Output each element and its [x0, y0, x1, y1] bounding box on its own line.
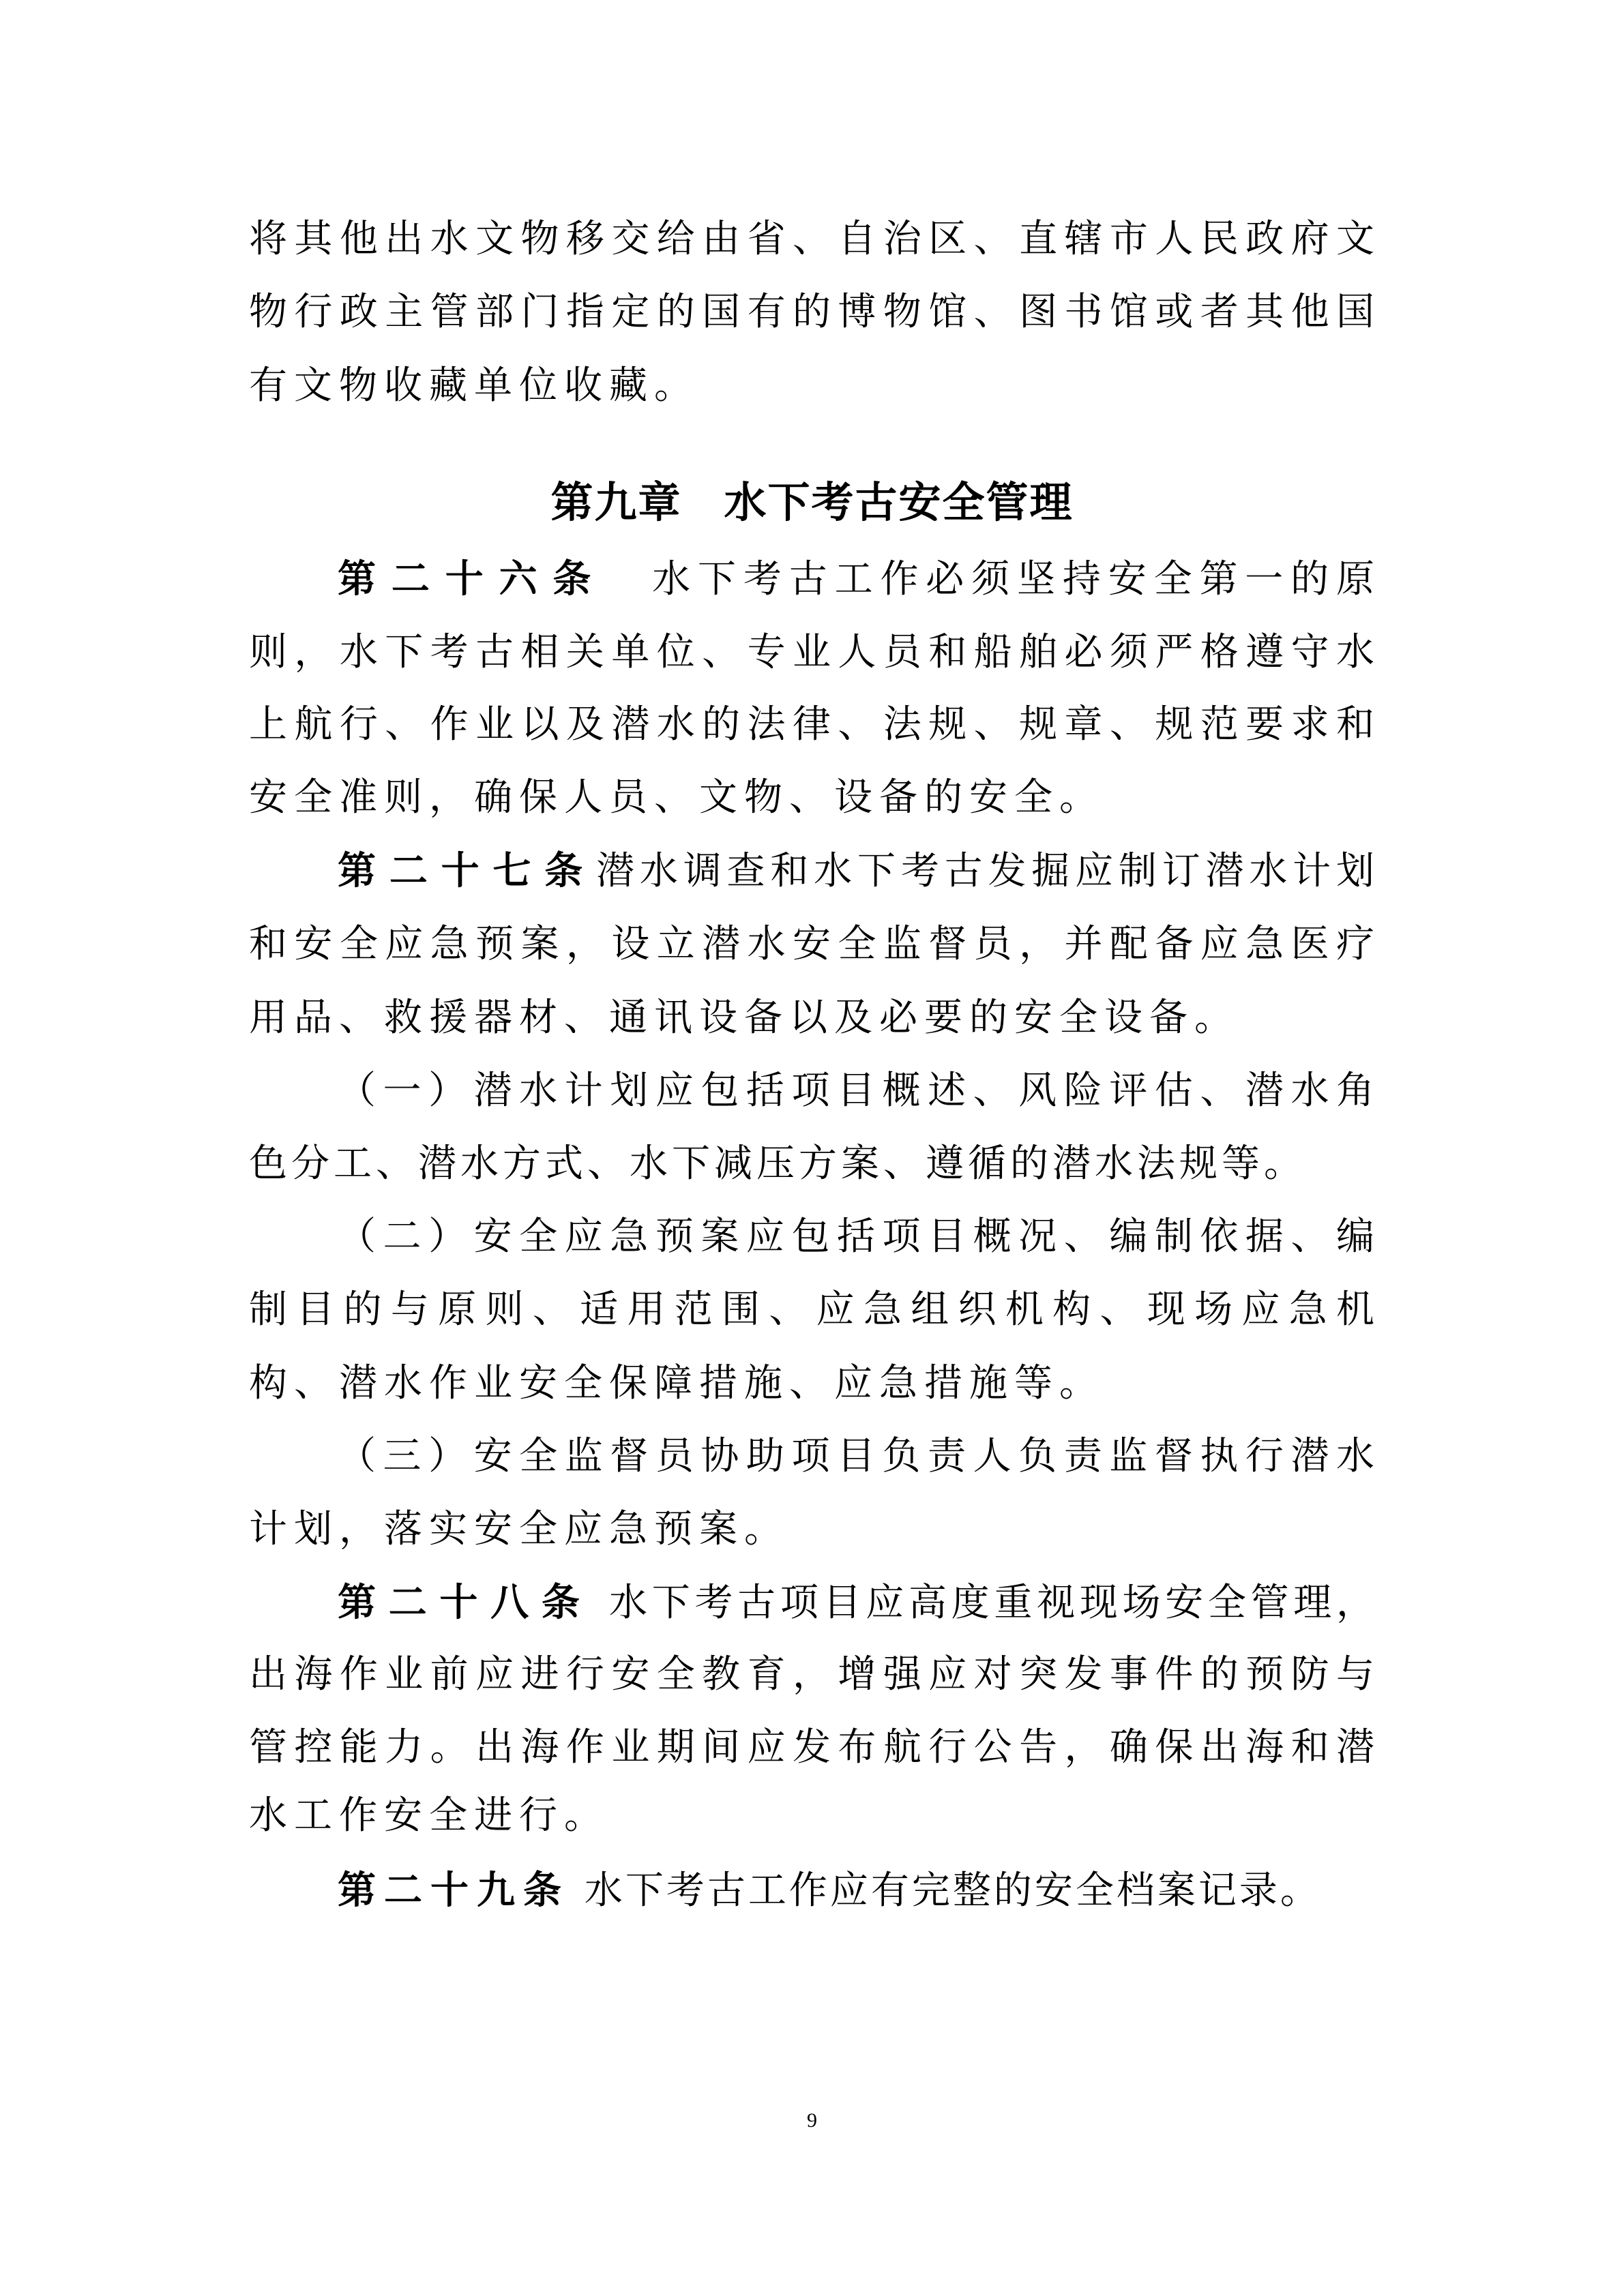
article-27-line: 和安全应急预案，设立潜水安全监督员，并配备应急医疗 [249, 917, 1374, 972]
article-28-line: 水工作安全进行。 [249, 1789, 1374, 1843]
article-text: 潜水调查和水下考古发掘应制订潜水计划 [596, 849, 1374, 893]
list-item-2-line: 构、潜水作业安全保障措施、应急措施等。 [249, 1356, 1374, 1411]
article-label: 第二十九条 [338, 1868, 570, 1913]
chapter-title: 水下考古安全管理 [724, 477, 1074, 527]
paragraph-line: 将其他出水文物移交给由省、自治区、直辖市人民政府文 [249, 212, 1374, 267]
article-text: 水下考古工作应有完整的安全档案记录。 [585, 1868, 1321, 1913]
article-28-line: 第二十八条 水下考古项目应高度重视现场安全管理， [338, 1575, 1374, 1630]
article-29-line: 第二十九条 水下考古工作应有完整的安全档案记录。 [338, 1863, 1374, 1918]
page-number: 9 [0, 2106, 1624, 2136]
article-text: 水下考古工作必须坚持安全第一的原 [606, 557, 1374, 601]
article-label: 第二十八条 [338, 1580, 593, 1625]
article-27-line: 用品、救援器材、通讯设备以及必要的安全设备。 [249, 991, 1374, 1045]
article-28-line: 出海作业前应进行安全教育，增强应对突发事件的预防与 [249, 1648, 1374, 1702]
article-28-line: 管控能力。出海作业期间应发布航行公告，确保出海和潜 [249, 1720, 1374, 1775]
list-item-2-line: 制目的与原则、适用范围、应急组织机构、现场应急机 [249, 1283, 1374, 1337]
article-label: 第二十六条 [338, 556, 606, 601]
list-item-3-line: 计划，落实安全应急预案。 [249, 1502, 1374, 1557]
article-26-line: 安全准则，确保人员、文物、设备的安全。 [249, 771, 1374, 825]
list-item-1-line: 色分工、潜水方式、水下减压方案、遵循的潜水法规等。 [249, 1137, 1374, 1191]
chapter-number: 第九章 [550, 477, 681, 527]
article-label: 第二十七条 [338, 848, 596, 893]
article-27-line: 第二十七条潜水调查和水下考古发掘应制订潜水计划 [338, 844, 1374, 898]
list-item-1-line: （一）潜水计划应包括项目概述、风险评估、潜水角 [338, 1064, 1374, 1118]
paragraph-line: 物行政主管部门指定的国有的博物馆、图书馆或者其他国 [249, 285, 1374, 340]
document-page: 将其他出水文物移交给由省、自治区、直辖市人民政府文 物行政主管部门指定的国有的博… [0, 0, 1624, 2296]
article-26-line: 则，水下考古相关单位、专业人员和船舶必须严格遵守水 [249, 625, 1374, 680]
list-item-2-line: （二）安全应急预案应包括项目概况、编制依据、编 [338, 1210, 1374, 1264]
article-text: 水下考古项目应高度重视现场安全管理， [609, 1581, 1374, 1625]
article-26-line: 上航行、作业以及潜水的法律、法规、规章、规范要求和 [249, 698, 1374, 752]
paragraph-line: 有文物收藏单位收藏。 [249, 359, 1374, 413]
list-item-3-line: （三）安全监督员协助项目负责人负责监督执行潜水 [338, 1429, 1374, 1484]
chapter-heading: 第九章水下考古安全管理 [0, 475, 1624, 530]
article-26-line: 第二十六条 水下考古工作必须坚持安全第一的原 [338, 552, 1374, 606]
